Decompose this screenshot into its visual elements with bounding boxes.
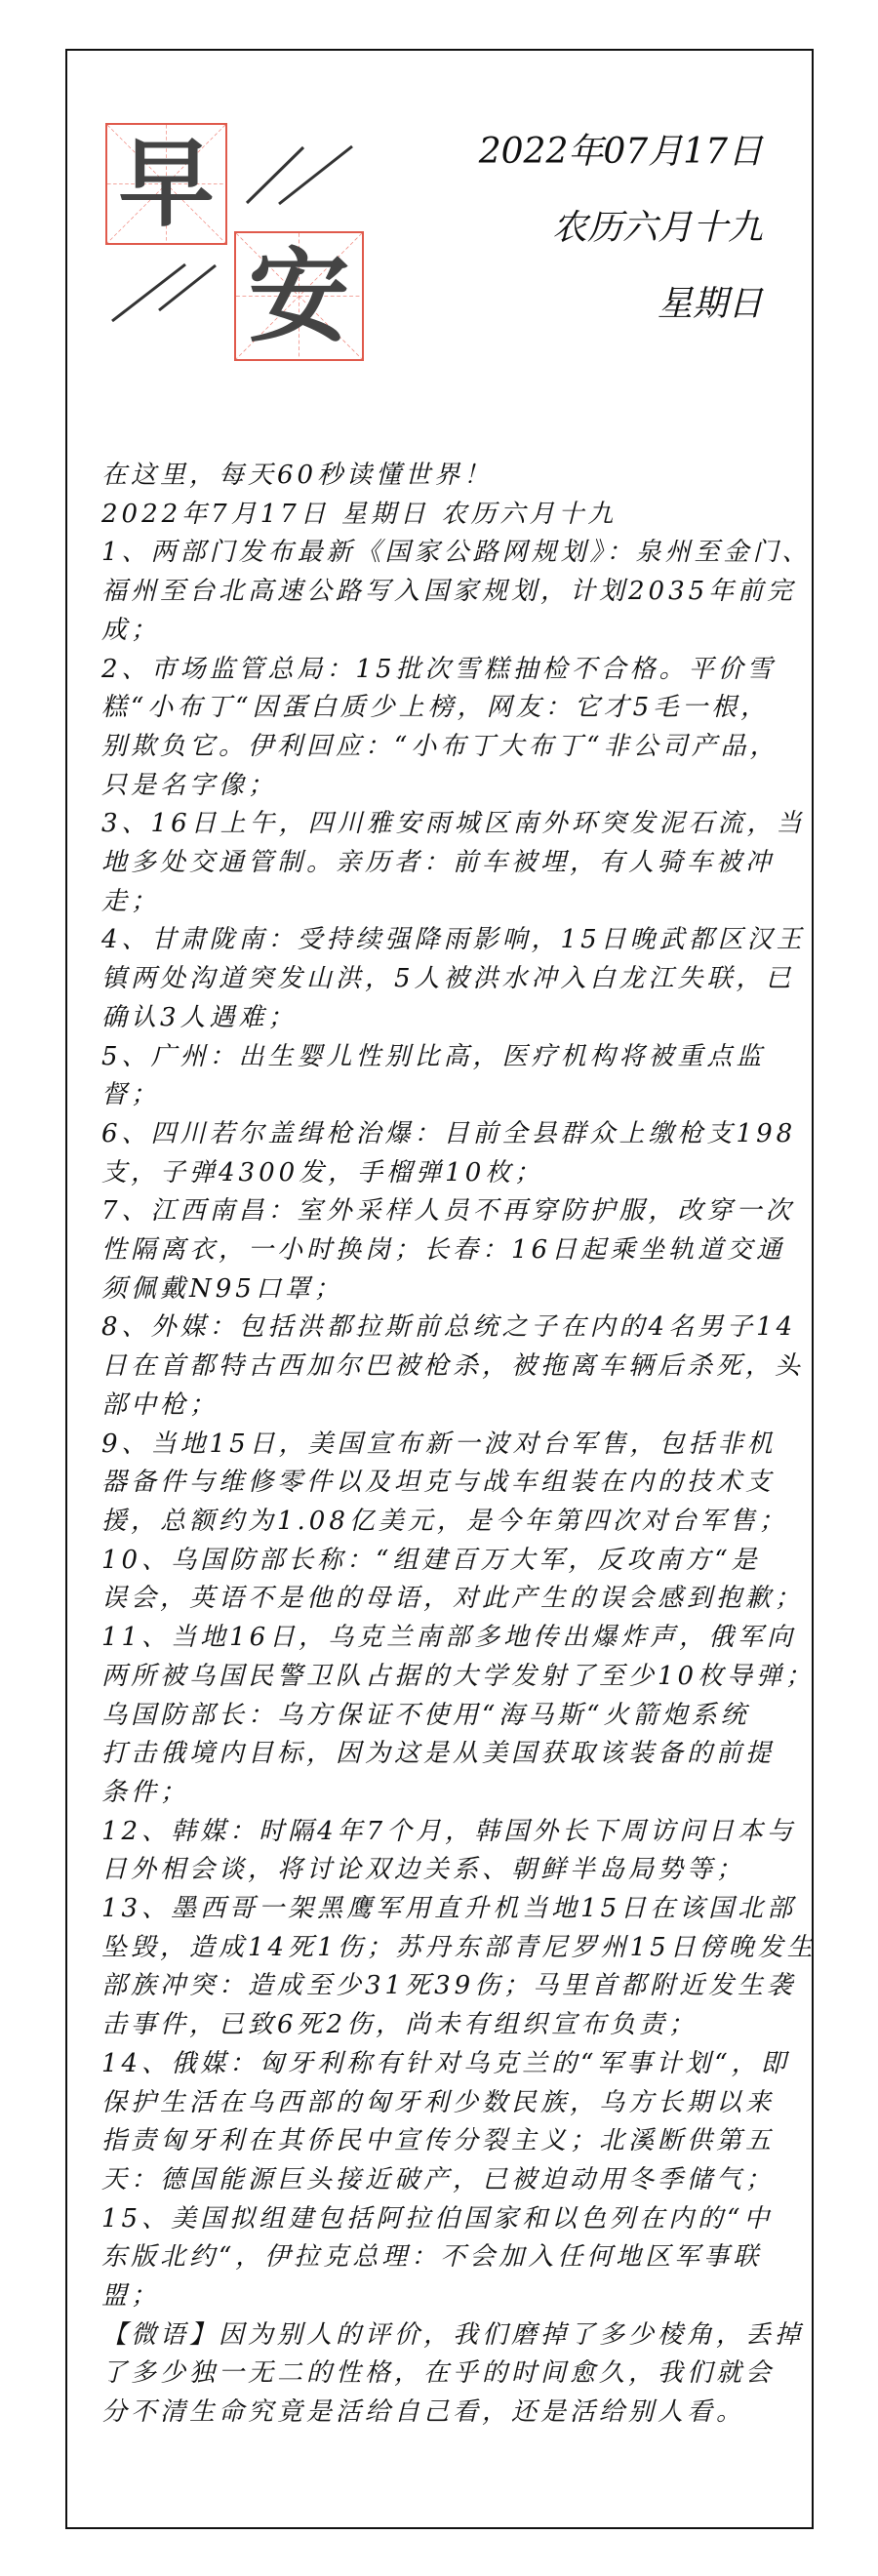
- body-line: 8、外媒：包括洪都拉斯前总统之子在内的4名男子14: [101, 1308, 804, 1348]
- body-line: 【微语】因为别人的评价，我们磨掉了多少棱角，丢掉: [101, 2316, 804, 2355]
- body-line: 镇两处沟道突发山洪，5人被洪水冲入白龙江失联，已: [101, 960, 804, 999]
- body-line: 10、乌国防部长称：“组建百万大军，反攻南方“是: [101, 1542, 804, 1581]
- body-line: 12、韩媒：时隔4年7个月，韩国外长下周访问日本与: [101, 1813, 804, 1852]
- body-line: 日在首都特古西加尔巴被枪杀，被拖离车辆后杀死，头: [101, 1348, 804, 1387]
- body-line: 支，子弹4300发，手榴弹10枚；: [101, 1154, 804, 1193]
- body-line: 部中枪；: [101, 1387, 804, 1426]
- body-line: 性隔离衣，一小时换岗；长春：16日起乘坐轨道交通: [101, 1231, 804, 1270]
- greeting-box-an: 安: [234, 231, 364, 361]
- body-line: 盟；: [101, 2277, 804, 2316]
- body-line: 4、甘肃陇南：受持续强降雨影响，15日晚武都区汉王: [101, 921, 804, 960]
- body-line: 糕“小布丁“因蛋白质少上榜，网友：它才5毛一根，: [101, 689, 804, 728]
- body-line: 日外相会谈，将讨论双边关系、朝鲜半岛局势等；: [101, 1851, 804, 1890]
- greeting-box-zao: 早: [105, 123, 227, 245]
- body-line: 天：德国能源巨头接近破产，已被迫动用冬季储气；: [101, 2161, 804, 2200]
- body-line: 在这里，每天60秒读懂世界！: [101, 457, 804, 496]
- body-line: 福州至台北高速公路写入国家规划，计划2035年前完: [101, 573, 804, 612]
- body-line: 打击俄境内目标，因为这是从美国获取该装备的前提: [101, 1735, 804, 1774]
- body-line: 2、市场监管总局：15批次雪糕抽检不合格。平价雪: [101, 651, 804, 690]
- greeting-char-2: 安: [248, 246, 349, 347]
- body-line: 坠毁，造成14死1伤；苏丹东部青尼罗州15日傍晚发生: [101, 1929, 804, 1968]
- body-line: 3、16日上午，四川雅安雨城区南外环突发泥石流，当: [101, 805, 804, 844]
- body-line: 误会，英语不是他的母语，对此产生的误会感到抱歉；: [101, 1580, 804, 1619]
- body-line: 9、当地15日，美国宣布新一波对台军售，包括非机: [101, 1426, 804, 1465]
- body-line: 乌国防部长：乌方保证不使用“海马斯“火箭炮系统: [101, 1697, 804, 1736]
- body-line: 指责匈牙利在其侨民中宣传分裂主义；北溪断供第五: [101, 2122, 804, 2161]
- date-block: 2022年07月17日 农历六月十九 星期日: [479, 135, 763, 363]
- date-lunar: 农历六月十九: [479, 211, 763, 287]
- body-line: 只是名字像；: [101, 767, 804, 806]
- body-line: 分不清生命究竟是活给自己看，还是活给别人看。: [101, 2394, 804, 2433]
- body-line: 确认3人遇难；: [101, 999, 804, 1038]
- body-line: 2022年7月17日 星期日 农历六月十九: [101, 496, 804, 535]
- body-line: 保护生活在乌西部的匈牙利少数民族，乌方长期以来: [101, 2084, 804, 2123]
- body-line: 6、四川若尔盖缉枪治爆：目前全县群众上缴枪支198: [101, 1115, 804, 1154]
- body-line: 15、美国拟组建包括阿拉伯国家和以色列在内的“中: [101, 2200, 804, 2239]
- body-line: 两所被乌国民警卫队占据的大学发射了至少10枚导弹；: [101, 1658, 804, 1697]
- body-line: 成；: [101, 612, 804, 651]
- body-line: 器备件与维修零件以及坦克与战车组装在内的技术支: [101, 1464, 804, 1503]
- body-line: 7、江西南昌：室外采样人员不再穿防护服，改穿一次: [101, 1192, 804, 1231]
- body-line: 条件；: [101, 1774, 804, 1813]
- body-line: 了多少独一无二的性格，在乎的时间愈久，我们就会: [101, 2355, 804, 2394]
- body-line: 援，总额约为1.08亿美元，是今年第四次对台军售；: [101, 1503, 804, 1542]
- date-weekday: 星期日: [479, 287, 763, 363]
- news-body: 在这里，每天60秒读懂世界！2022年7月17日 星期日 农历六月十九1、两部门…: [101, 457, 804, 2433]
- body-line: 14、俄媒：匈牙利称有针对乌克兰的“军事计划“，即: [101, 2045, 804, 2084]
- body-line: 别欺负它。伊利回应：“小布丁大布丁“非公司产品，: [101, 728, 804, 767]
- body-line: 部族冲突：造成至少31死39伤；马里首都附近发生袭: [101, 1967, 804, 2006]
- date-gregorian: 2022年07月17日: [479, 135, 763, 211]
- body-line: 击事件，已致6死2伤，尚未有组织宣布负责；: [101, 2006, 804, 2045]
- body-line: 1、两部门发布最新《国家公路网规划》：泉州至金门、: [101, 534, 804, 573]
- body-line: 13、墨西哥一架黑鹰军用直升机当地15日在该国北部: [101, 1890, 804, 1929]
- body-line: 东版北约“，伊拉克总理：不会加入任何地区军事联: [101, 2238, 804, 2277]
- greeting-char-1: 早: [118, 137, 214, 232]
- body-line: 11、当地16日，乌克兰南部多地传出爆炸声，俄军向: [101, 1619, 804, 1658]
- body-line: 5、广州：出生婴儿性别比高，医疗机构将被重点监: [101, 1038, 804, 1077]
- body-line: 督；: [101, 1076, 804, 1115]
- body-line: 须佩戴N95口罩；: [101, 1270, 804, 1309]
- body-line: 走；: [101, 883, 804, 922]
- body-line: 地多处交通管制。亲历者：前车被埋，有人骑车被冲: [101, 844, 804, 883]
